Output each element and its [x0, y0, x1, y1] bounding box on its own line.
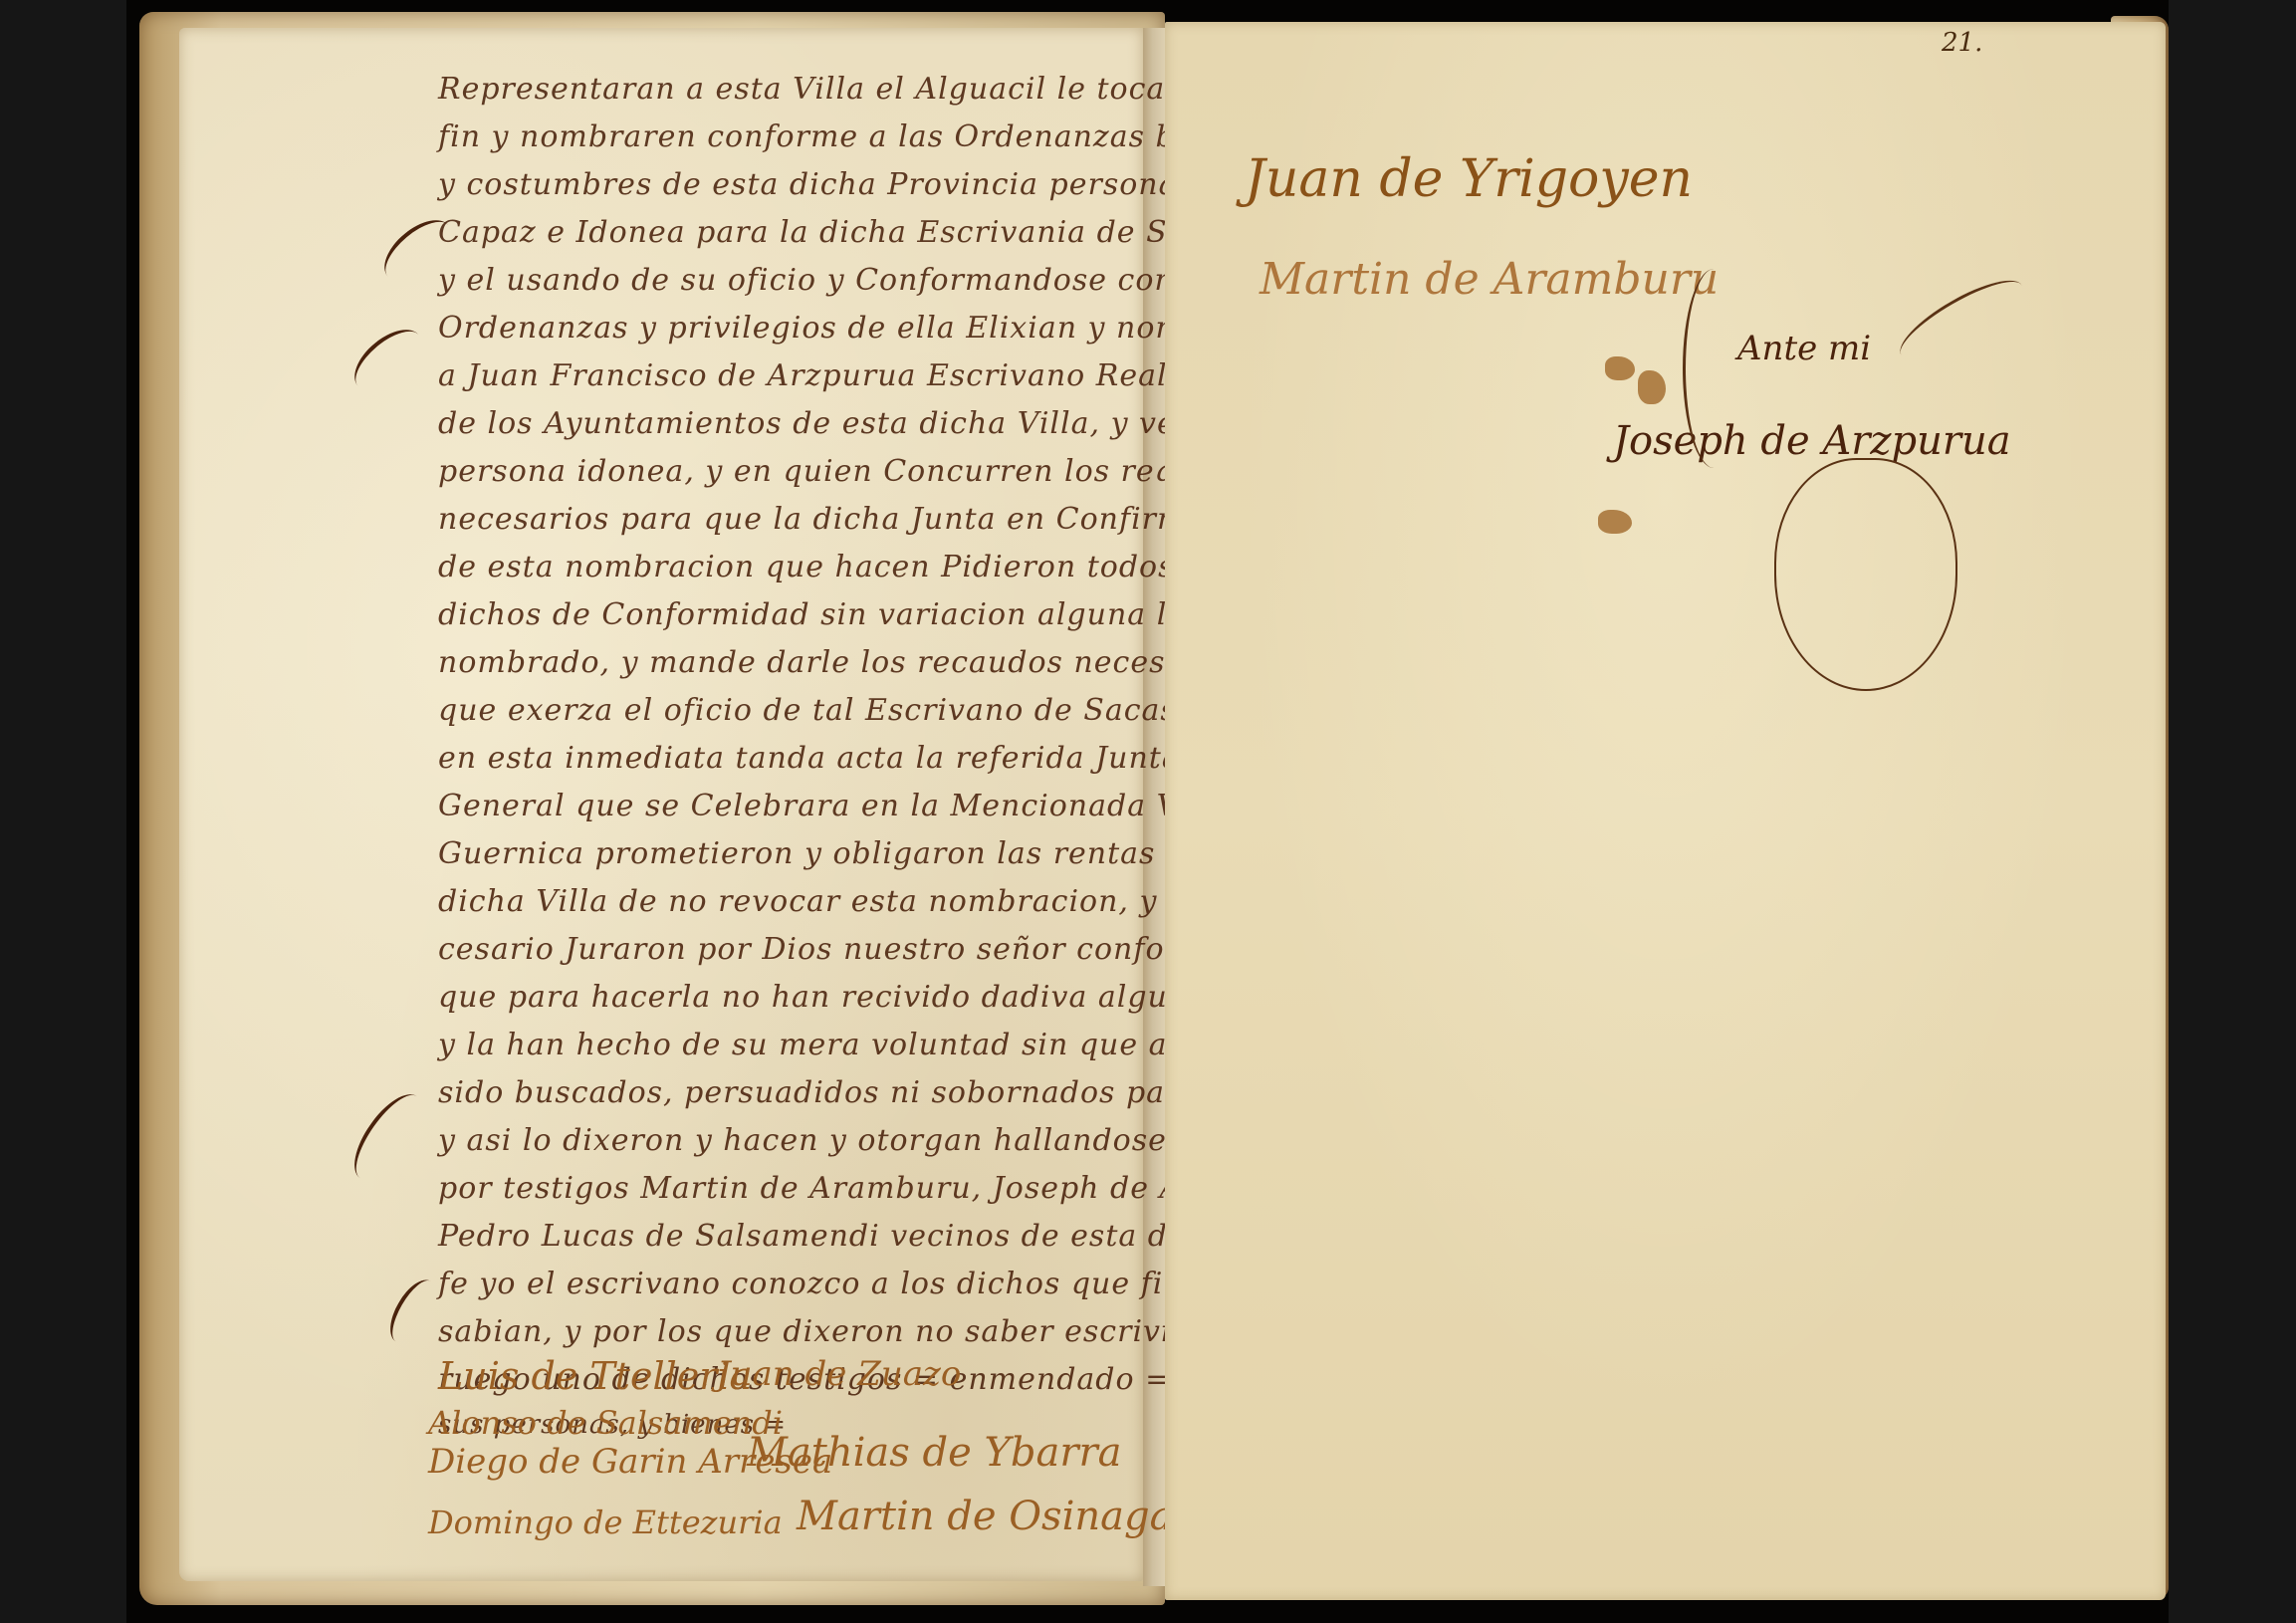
pen-flourish	[1683, 269, 1745, 468]
signature: Juan de Yrigoyen	[1245, 149, 1693, 209]
signature: Luis de Ttelleria	[438, 1354, 752, 1398]
ink-stain	[1598, 510, 1632, 534]
notary-signature: Joseph de Arzpurua	[1613, 418, 2011, 464]
text-line: Capaz e Idonea para la dicha Escrivania …	[438, 215, 1240, 250]
signature: Domingo de Ettezuria	[428, 1504, 783, 1541]
folio-number: 21.	[1942, 28, 1982, 58]
text-line: Guernica prometieron y obligaron las ren…	[438, 836, 1282, 871]
signature: Alonso de Salsamendi	[428, 1404, 783, 1442]
text-line: y la han hecho de su mera voluntad sin q…	[438, 1028, 1225, 1062]
rubric-flourish	[1774, 458, 1957, 691]
text-line: Representaran a esta Villa el Alguacil l…	[438, 72, 1291, 107]
signature: Martin de Osinaga	[797, 1494, 1173, 1539]
text-line: General que se Celebrara en la Mencionad…	[438, 789, 1278, 823]
text-line: a Juan Francisco de Arzpurua Escrivano R…	[438, 358, 1196, 393]
text-line: en esta inmediata tanda acta la referida…	[438, 741, 1181, 776]
text-line: sabian, y por los que dixeron no saber e…	[438, 1314, 1263, 1349]
text-line: sido buscados, persuadidos ni sobornados…	[438, 1075, 1268, 1110]
signature: Mathias de Ybarra	[747, 1430, 1121, 1476]
signature: Martin de Aramburu	[1260, 254, 1719, 305]
signature: Juan de Zuazo	[717, 1354, 961, 1394]
text-line: que para hacerla no han recivido dadiva …	[438, 980, 1207, 1015]
notary-attestation: Ante mi	[1737, 329, 1871, 368]
image-viewer: Representaran a esta Villa el Alguacil l…	[0, 0, 2296, 1623]
text-line: de esta nombracion que hacen Pidieron to…	[438, 550, 1231, 584]
ink-stain	[1605, 356, 1635, 380]
text-line: necesarios para que la dicha Junta en Co…	[438, 502, 1272, 537]
ink-stain	[1638, 370, 1666, 404]
text-line: que exerza el oficio de tal Escrivano de…	[438, 693, 1177, 728]
text-line: persona idonea, y en quien Concurren los…	[438, 454, 1280, 489]
